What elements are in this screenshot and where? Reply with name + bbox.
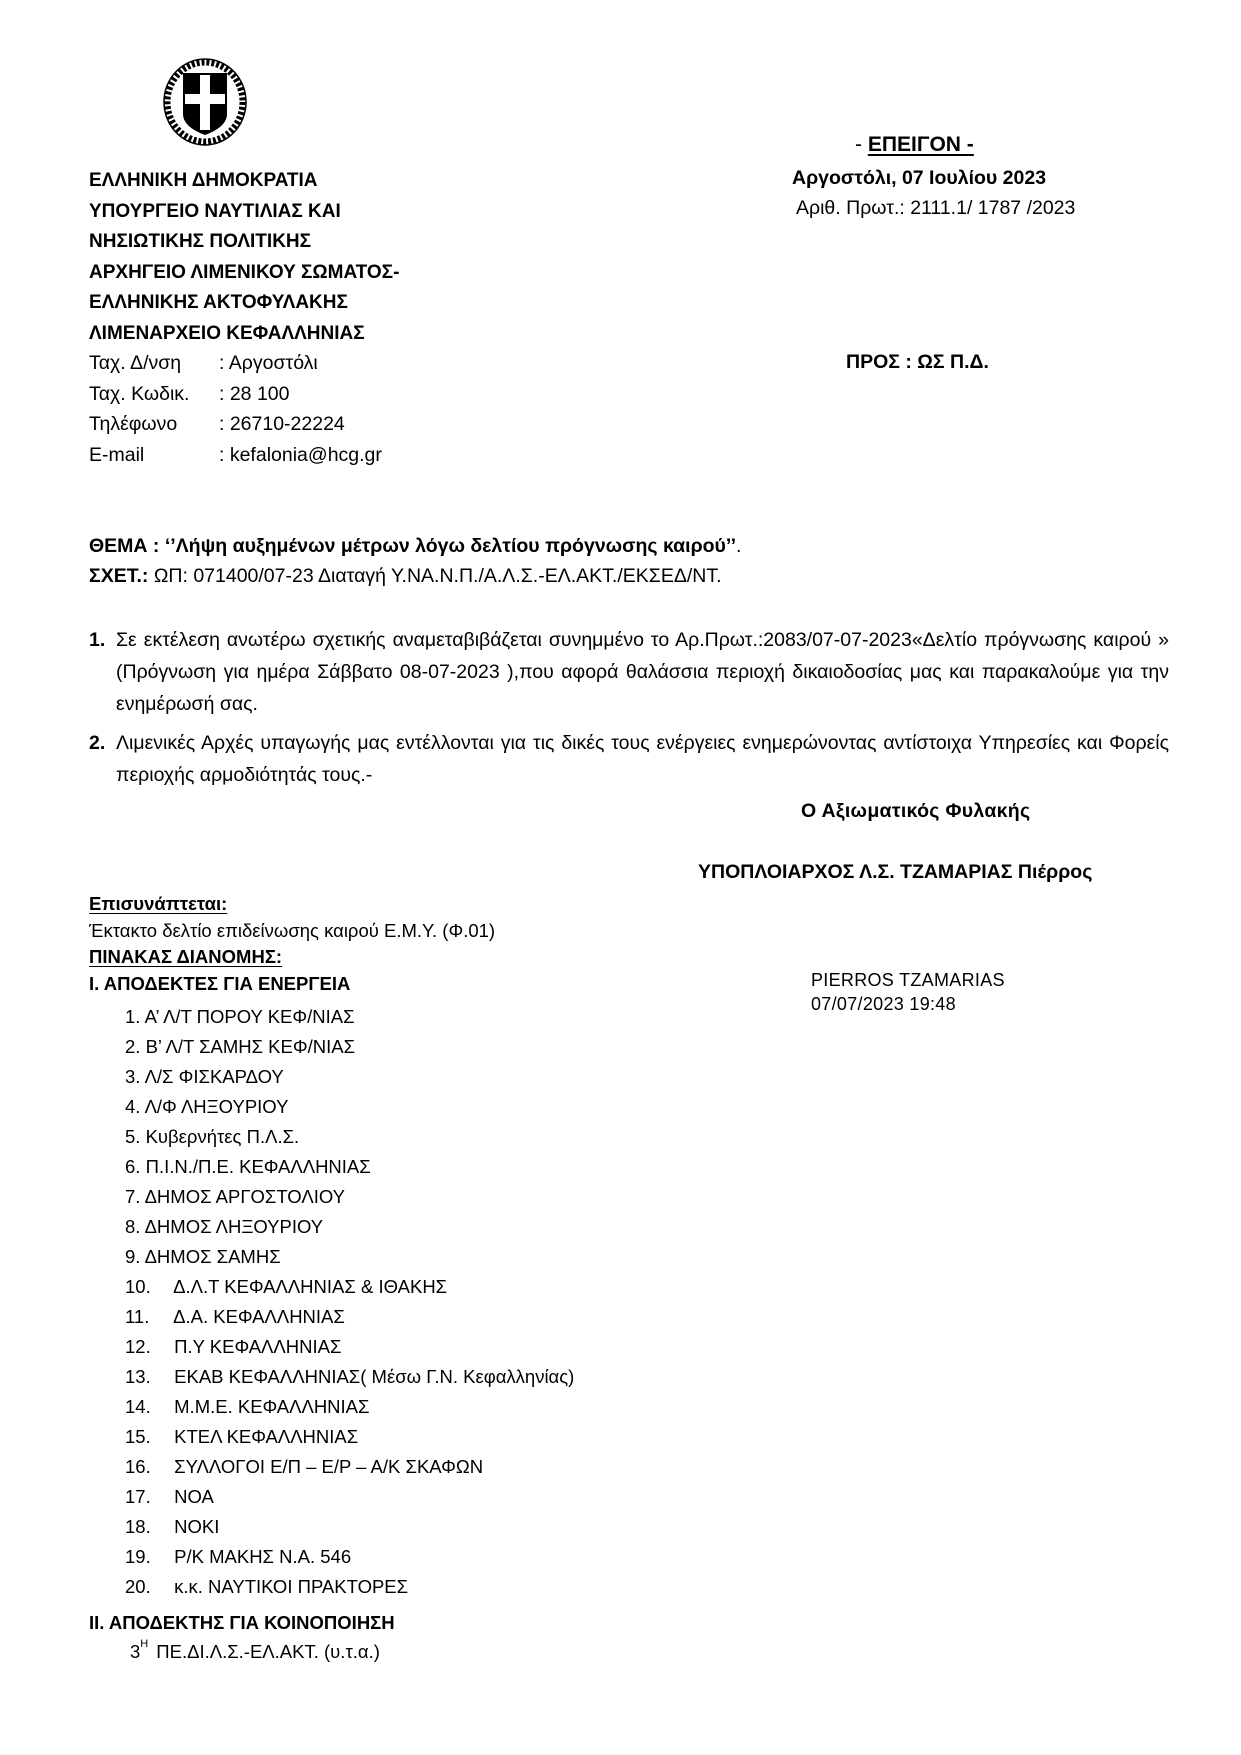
org-line: ΥΠΟΥΡΓΕΙΟ ΝΑΥΤΙΛΙΑΣ ΚΑΙ bbox=[89, 197, 399, 228]
reference-label: ΣΧΕΤ.: bbox=[89, 565, 148, 587]
recipient-list-item: 18. ΝΟΚΙ bbox=[125, 1512, 574, 1542]
recipient-list-item: 19. Ρ/Κ ΜΑΚΗΣ Ν.Α. 546 bbox=[125, 1542, 574, 1572]
recipient-list-item: 4. Λ/Φ ΛΗΞΟΥΡΙΟΥ bbox=[125, 1092, 574, 1122]
digital-signature-datetime: 07/07/2023 19:48 bbox=[811, 994, 956, 1015]
recipient-number: 9. bbox=[125, 1242, 140, 1272]
contact-postcode: Ταχ. Κωδικ. : 28 100 bbox=[89, 379, 382, 410]
recipient-number: 5. bbox=[125, 1122, 140, 1152]
recipient-list-item: 14. Μ.Μ.Ε. ΚΕΦΑΛΛΗΝΙΑΣ bbox=[125, 1392, 574, 1422]
recipient-name: Μ.Μ.Ε. ΚΕΦΑΛΛΗΝΙΑΣ bbox=[174, 1396, 369, 1417]
subject-text: ‘’Λήψη αυξημένων μέτρων λόγω δελτίου πρό… bbox=[165, 535, 736, 557]
paragraph-text: Λιμενικές Αρχές υπαγωγής μας εντέλλονται… bbox=[116, 727, 1169, 791]
recipient-number: 7. bbox=[125, 1182, 140, 1212]
org-line: ΕΛΛΗΝΙΚΗ ΔΗΜΟΚΡΑΤΙΑ bbox=[89, 166, 399, 197]
recipient-name: ΚΤΕΛ ΚΕΦΑΛΛΗΝΙΑΣ bbox=[174, 1426, 358, 1447]
org-line: ΝΗΣΙΩΤΙΚΗΣ ΠΟΛΙΤΙΚΗΣ bbox=[89, 227, 399, 258]
recipient-list-item: 11. Δ.Α. ΚΕΦΑΛΛΗΝΙΑΣ bbox=[125, 1302, 574, 1332]
recipient-line: ΠΡΟΣ : ΩΣ Π.Δ. bbox=[846, 351, 989, 374]
paragraph-number: 2. bbox=[89, 727, 105, 759]
recipient-list-item: 2. Β’ Λ/Τ ΣΑΜΗΣ ΚΕΦ/ΝΙΑΣ bbox=[125, 1032, 574, 1062]
contact-block: Ταχ. Δ/νση : Αργοστόλι Ταχ. Κωδικ. : 28 … bbox=[89, 348, 382, 470]
recipient-number: 3. bbox=[125, 1062, 140, 1092]
recipient-list-item: 10. Δ.Λ.Τ ΚΕΦΑΛΛΗΝΙΑΣ & ΙΘΑΚΗΣ bbox=[125, 1272, 574, 1302]
recipient-number: 20. bbox=[125, 1572, 169, 1602]
recipient-list-item: 20. κ.κ. ΝΑΥΤΙΚΟΙ ΠΡΑΚΤΟΡΕΣ bbox=[125, 1572, 574, 1602]
attachment-item: Έκτακτο δελτίο επιδείνωσης καιρού Ε.Μ.Υ.… bbox=[89, 920, 495, 942]
recipient-list-item: 12. Π.Υ ΚΕΦΑΛΛΗΝΙΑΣ bbox=[125, 1332, 574, 1362]
recipient-name: ΔΗΜΟΣ ΛΗΞΟΥΡΙΟΥ bbox=[145, 1216, 324, 1237]
organization-block: ΕΛΛΗΝΙΚΗ ΔΗΜΟΚΡΑΤΙΑ ΥΠΟΥΡΓΕΙΟ ΝΑΥΤΙΛΙΑΣ … bbox=[89, 166, 399, 349]
signatory-title: Ο Αξιωματικός Φυλακής bbox=[801, 800, 1030, 823]
recipient-number: 6. bbox=[125, 1152, 140, 1182]
digital-signature-name: PIERROS TZAMARIAS bbox=[811, 970, 1005, 991]
protocol-number: Αριθ. Πρωτ.: 2111.1/ 1787 /2023 bbox=[796, 197, 1075, 220]
recipient-name: Λ/Σ ΦΙΣΚΑΡΔΟΥ bbox=[145, 1066, 284, 1087]
urgency-prefix: - bbox=[855, 133, 868, 156]
recipient-list-item: 6. Π.Ι.Ν./Π.Ε. ΚΕΦΑΛΛΗΝΙΑΣ bbox=[125, 1152, 574, 1182]
recipient-name: ΔΗΜΟΣ ΣΑΜΗΣ bbox=[145, 1246, 281, 1267]
org-line: ΑΡΧΗΓΕΙΟ ΛΙΜΕΝΙΚΟΥ ΣΩΜΑΤΟΣ- bbox=[89, 258, 399, 289]
reference-line: ΣΧΕΤ.: ΩΠ: 071400/07-23 Διαταγή Υ.ΝΑ.Ν.Π… bbox=[89, 565, 722, 588]
recipient-name: ΝΟΚΙ bbox=[174, 1516, 219, 1537]
recipient-list-item: 5. Κυβερνήτες Π.Λ.Σ. bbox=[125, 1122, 574, 1152]
cc-recipient: 3ΗΠΕ.ΔΙ.Λ.Σ.-ΕΛ.ΑΚΤ. (υ.τ.α.) bbox=[130, 1641, 380, 1663]
recipient-name: Β’ Λ/Τ ΣΑΜΗΣ ΚΕΦ/ΝΙΑΣ bbox=[146, 1036, 355, 1057]
recipient-name: Ρ/Κ ΜΑΚΗΣ Ν.Α. 546 bbox=[174, 1546, 351, 1567]
contact-email: E-mail : kefalonia@hcg.gr bbox=[89, 440, 382, 471]
recipient-list-item: 1. Α’ Λ/Τ ΠΟΡΟΥ ΚΕΦ/ΝΙΑΣ bbox=[125, 1002, 574, 1032]
cc-superscript: Η bbox=[140, 1638, 148, 1650]
contact-label: Τηλέφωνο bbox=[89, 409, 219, 440]
recipient-list-item: 16. ΣΥΛΛΟΓΟΙ Ε/Π – Ε/Ρ – Α/Κ ΣΚΑΦΩΝ bbox=[125, 1452, 574, 1482]
body-paragraph: 1. Σε εκτέλεση ανωτέρω σχετικής αναμεταβ… bbox=[89, 624, 1169, 720]
paragraph-text: Σε εκτέλεση ανωτέρω σχετικής αναμεταβιβά… bbox=[116, 624, 1169, 720]
contact-label: Ταχ. Κωδικ. bbox=[89, 379, 219, 410]
recipient-name: Κυβερνήτες Π.Λ.Σ. bbox=[146, 1126, 300, 1147]
recipient-number: 19. bbox=[125, 1542, 169, 1572]
recipient-name: Δ.Α. ΚΕΦΑΛΛΗΝΙΑΣ bbox=[173, 1306, 345, 1327]
recipient-number: 1. bbox=[125, 1002, 140, 1032]
cc-recipients-label: ΙΙ. ΑΠΟΔΕΚΤΗΣ ΓΙΑ ΚΟΙΝΟΠΟΙΗΣΗ bbox=[89, 1612, 395, 1634]
recipient-list-item: 7. ΔΗΜΟΣ ΑΡΓΟΣΤΟΛΙΟΥ bbox=[125, 1182, 574, 1212]
recipient-name: ΕΚΑΒ ΚΕΦΑΛΛΗΝΙΑΣ( Μέσω Γ.Ν. Κεφαλληνίας) bbox=[174, 1366, 574, 1387]
signatory-name: ΥΠΟΠΛΟΙΑΡΧΟΣ Λ.Σ. ΤΖΑΜΑΡΙΑΣ Πιέρρος bbox=[698, 861, 1092, 884]
recipient-number: 2. bbox=[125, 1032, 140, 1062]
contact-value: : Αργοστόλι bbox=[219, 348, 318, 379]
reference-text: ΩΠ: 071400/07-23 Διαταγή Υ.ΝΑ.Ν.Π./Α.Λ.Σ… bbox=[148, 565, 721, 587]
org-line: ΛΙΜΕΝΑΡΧΕΙΟ ΚΕΦΑΛΛΗΝΙΑΣ bbox=[89, 319, 399, 350]
recipient-list-item: 3. Λ/Σ ΦΙΣΚΑΡΔΟΥ bbox=[125, 1062, 574, 1092]
body-paragraph: 2. Λιμενικές Αρχές υπαγωγής μας εντέλλον… bbox=[89, 727, 1169, 791]
recipient-number: 17. bbox=[125, 1482, 169, 1512]
recipient-number: 11. bbox=[125, 1302, 169, 1332]
subject-label: ΘΕΜΑ : bbox=[89, 535, 159, 557]
recipient-number: 16. bbox=[125, 1452, 169, 1482]
attachments-label: Επισυνάπτεται: bbox=[89, 893, 227, 915]
recipient-list-item: 9. ΔΗΜΟΣ ΣΑΜΗΣ bbox=[125, 1242, 574, 1272]
recipient-name: Π.Υ ΚΕΦΑΛΛΗΝΙΑΣ bbox=[174, 1336, 341, 1357]
subject-end: . bbox=[736, 535, 741, 557]
contact-value: : 28 100 bbox=[219, 379, 289, 410]
recipient-name: Α’ Λ/Τ ΠΟΡΟΥ ΚΕΦ/ΝΙΑΣ bbox=[145, 1006, 355, 1027]
contact-phone: Τηλέφωνο : 26710-22224 bbox=[89, 409, 382, 440]
recipient-number: 8. bbox=[125, 1212, 140, 1242]
contact-address: Ταχ. Δ/νση : Αργοστόλι bbox=[89, 348, 382, 379]
recipient-name: ΝΟΑ bbox=[174, 1486, 214, 1507]
cc-name: ΠΕ.ΔΙ.Λ.Σ.-ΕΛ.ΑΚΤ. (υ.τ.α.) bbox=[156, 1641, 380, 1662]
urgency-word: ΕΠΕΙΓΟΝ - bbox=[868, 133, 974, 156]
recipient-list-item: 13. ΕΚΑΒ ΚΕΦΑΛΛΗΝΙΑΣ( Μέσω Γ.Ν. Κεφαλλην… bbox=[125, 1362, 574, 1392]
recipient-list-item: 17. ΝΟΑ bbox=[125, 1482, 574, 1512]
contact-label: E-mail bbox=[89, 440, 219, 471]
subject-line: ΘΕΜΑ : ‘’Λήψη αυξημένων μέτρων λόγω δελτ… bbox=[89, 535, 741, 558]
urgency-marker: - ΕΠΕΙΓΟΝ - bbox=[855, 133, 974, 157]
contact-email-link[interactable]: : kefalonia@hcg.gr bbox=[219, 440, 382, 471]
recipient-name: κ.κ. ΝΑΥΤΙΚΟΙ ΠΡΑΚΤΟΡΕΣ bbox=[174, 1576, 408, 1597]
action-recipients-label: Ι. ΑΠΟΔΕΚΤΕΣ ΓΙΑ ΕΝΕΡΓΕΙΑ bbox=[89, 973, 350, 995]
recipient-number: 10. bbox=[125, 1272, 169, 1302]
org-line: ΕΛΛΗΝΙΚΗΣ ΑΚΤΟΦΥΛΑΚΗΣ bbox=[89, 288, 399, 319]
recipient-number: 15. bbox=[125, 1422, 169, 1452]
greek-coat-of-arms-icon bbox=[160, 56, 250, 148]
contact-value: : 26710-22224 bbox=[219, 409, 345, 440]
recipient-name: Δ.Λ.Τ ΚΕΦΑΛΛΗΝΙΑΣ & ΙΘΑΚΗΣ bbox=[173, 1276, 447, 1297]
recipient-name: ΣΥΛΛΟΓΟΙ Ε/Π – Ε/Ρ – Α/Κ ΣΚΑΦΩΝ bbox=[174, 1456, 483, 1477]
contact-label: Ταχ. Δ/νση bbox=[89, 348, 219, 379]
recipient-number: 14. bbox=[125, 1392, 169, 1422]
recipient-name: ΔΗΜΟΣ ΑΡΓΟΣΤΟΛΙΟΥ bbox=[145, 1186, 345, 1207]
distribution-label: ΠΙΝΑΚΑΣ ΔΙΑΝΟΜΗΣ: bbox=[89, 946, 282, 968]
cc-number: 3 bbox=[130, 1641, 140, 1662]
recipient-list-item: 15. ΚΤΕΛ ΚΕΦΑΛΛΗΝΙΑΣ bbox=[125, 1422, 574, 1452]
recipient-number: 13. bbox=[125, 1362, 169, 1392]
document-date: Αργοστόλι, 07 Ιουλίου 2023 bbox=[792, 167, 1046, 190]
action-recipients-list: 1. Α’ Λ/Τ ΠΟΡΟΥ ΚΕΦ/ΝΙΑΣ2. Β’ Λ/Τ ΣΑΜΗΣ … bbox=[125, 1002, 574, 1602]
recipient-number: 4. bbox=[125, 1092, 140, 1122]
recipient-list-item: 8. ΔΗΜΟΣ ΛΗΞΟΥΡΙΟΥ bbox=[125, 1212, 574, 1242]
recipient-number: 18. bbox=[125, 1512, 169, 1542]
recipient-name: Λ/Φ ΛΗΞΟΥΡΙΟΥ bbox=[145, 1096, 289, 1117]
recipient-number: 12. bbox=[125, 1332, 169, 1362]
paragraph-number: 1. bbox=[89, 624, 105, 656]
recipient-name: Π.Ι.Ν./Π.Ε. ΚΕΦΑΛΛΗΝΙΑΣ bbox=[146, 1156, 371, 1177]
